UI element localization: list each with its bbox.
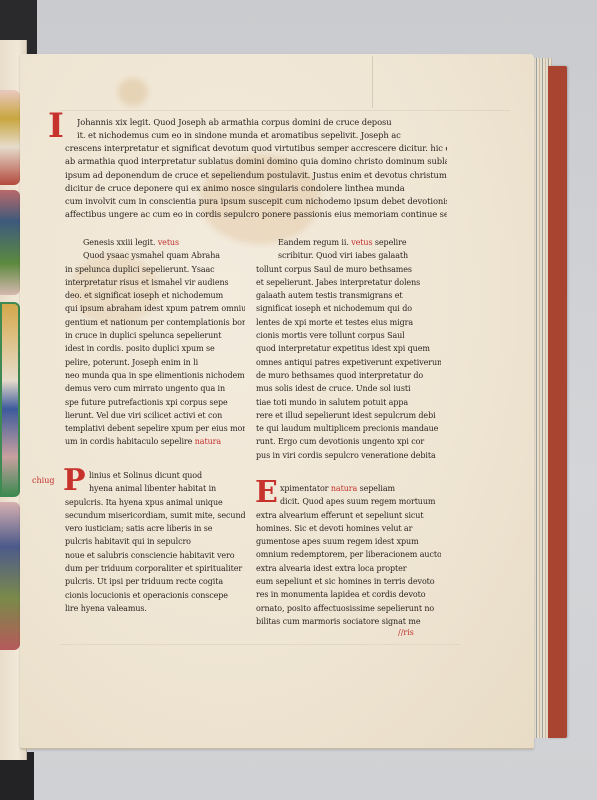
text-line: noue et salubris consciencie habitavit v…: [65, 549, 245, 562]
rubric-label: natura: [331, 484, 357, 493]
text-line: runt. Ergo cum devotionis ungento xpi co…: [256, 435, 441, 448]
text-line: et sepelierunt. Jabes interpretatur dole…: [256, 276, 441, 289]
text-line: tollunt corpus Saul de muro bethsames: [256, 263, 441, 276]
full-width-text-block: Johannis xix legit. Quod Joseph ab armat…: [77, 116, 447, 143]
right-column-heading: Eandem regum ii. vetus sepelire: [256, 236, 441, 249]
text-line: deo. et significat ioseph et nichodemum: [65, 289, 245, 302]
text-line: cionis mortis vere tollunt corpus Saul: [256, 329, 441, 342]
margin-note: chiug: [32, 476, 54, 485]
text-line: dum per triduum corporaliter et spiritua…: [65, 562, 245, 575]
rubric-label: vetus: [351, 238, 372, 247]
miniature-saint-2: [0, 190, 20, 295]
rubric-label: vetus: [158, 238, 179, 247]
text-line: extra alvearia idest extra loca propter: [256, 562, 441, 575]
text-line: idest in cordis. posito duplici xpum se: [65, 342, 245, 355]
text-line: spe future putrefactionis xpi corpus sep…: [65, 396, 245, 409]
text-line: galaath autem testis transmigrans et: [256, 289, 441, 302]
text-line: it. et nichodemus cum eo in sindone mund…: [77, 129, 447, 142]
ruling-line-bottom: [60, 644, 460, 645]
rubric-label: natura: [195, 437, 221, 446]
text-line: templativi debent sepelire xpum per eius…: [65, 422, 245, 435]
text-line: lentes de xpi morte et testes eius migra: [256, 316, 441, 329]
text-line: extra alvearium efferunt et sepeliunt si…: [256, 509, 441, 522]
full-width-text-block-cont: crescens interpretatur et significat dev…: [65, 142, 447, 222]
text-line: quod interpretatur expetitus idest xpi q…: [256, 342, 441, 355]
right-column: Eandem regum ii. vetus sepelire scribitu…: [256, 236, 441, 462]
text-line: homines. Sic et devoti homines velut ar: [256, 522, 441, 535]
text-line: res in monumenta lapidea et cordis devot…: [256, 588, 441, 601]
text-line: in spelunca duplici sepelierunt. Ysaac: [65, 263, 245, 276]
text-line: sepulcris. Ita hyena xpus animal unique: [65, 496, 245, 509]
text-line: mus solis idest de cruce. Unde sol iusti: [256, 382, 441, 395]
text-line: pelire, poterunt. Joseph enim in li: [65, 356, 245, 369]
left-column-heading: Genesis xxiii legit. vetus: [65, 236, 245, 249]
miniature-scene-3: [0, 302, 20, 497]
text-line: tiae toti mundo in salutem potuit appa: [256, 396, 441, 409]
text-line: gentium et nationum per contemplationis …: [65, 316, 245, 329]
red-binding-cover: [548, 66, 567, 738]
text-line: interpretatur risus et ismahel vir audie…: [65, 276, 245, 289]
text-line: dicitur de cruce deponere qui ex animo n…: [65, 182, 447, 195]
text-line: te qui laudum multiplicem precionis mand…: [256, 422, 441, 435]
text-line: dicit. Quod apes suum regem mortuum: [256, 495, 441, 508]
left-column-section-2: linius et Solinus dicunt quod hyena anim…: [65, 469, 245, 615]
text-line-with-rubric: um in cordis habitaculo sepelire natura: [65, 435, 245, 448]
text-line: demus vero cum mirrato ungento qua in: [65, 382, 245, 395]
text-line: Johannis xix legit. Quod Joseph ab armat…: [77, 116, 447, 129]
text-line: pus in viri cordis sepulcro veneratione …: [256, 449, 441, 462]
text-line: qui ipsum abraham idest xpum patrem omni…: [65, 302, 245, 315]
text-line: affectibus ungere ac cum eo in cordis se…: [65, 208, 447, 221]
text-line: bilitas cum marmoris sociatore signat me: [256, 615, 441, 628]
text-line: lire hyena valeamus.: [65, 602, 245, 615]
text-line: pulcris. Ut ipsi per triduum recte cogit…: [65, 575, 245, 588]
text-line: ipsum ad deponendum de cruce et sepelien…: [65, 169, 447, 182]
text-line: scribitur. Quod viri iabes galaath: [256, 249, 441, 262]
left-page-miniatures: [0, 90, 20, 650]
right-column-section-2: xpimentator natura sepeliam dicit. Quod …: [256, 482, 441, 628]
text-line: de muro bethsames quod interpretatur do: [256, 369, 441, 382]
text-line: ab armathia quod interpretatur sublatus …: [65, 155, 447, 168]
text-line: gumentose apes suum regem idest xpum: [256, 535, 441, 548]
text-line: hyena animal libenter habitat in: [65, 482, 245, 495]
text-line: secundum misericordiam, sumit mite, secu…: [65, 509, 245, 522]
text-line: omnes antiqui patres expetiverunt expeti…: [256, 356, 441, 369]
text-line: crescens interpretatur et significat dev…: [65, 142, 447, 155]
red-initial-I: I: [48, 109, 64, 143]
text-line: neo munda qua in spe elimentionis nichod…: [65, 369, 245, 382]
text-line: pulcris habitavit qui in sepulcro: [65, 535, 245, 548]
text-line: linius et Solinus dicunt quod: [65, 469, 245, 482]
text-line: cum involvit cum in conscientia pura ips…: [65, 195, 447, 208]
catchword: //ris: [398, 628, 414, 637]
miniature-saint-4: [0, 502, 20, 650]
text-line: lierunt. Vel due viri scilicet activi et…: [65, 409, 245, 422]
text-line: omnium redemptorem, per liberacionem auc…: [256, 548, 441, 561]
water-stain: [118, 78, 148, 106]
miniature-saint-1: [0, 90, 20, 185]
right-column-heading-2: xpimentator natura sepeliam: [256, 482, 441, 495]
ruling-line-vertical: [372, 56, 373, 108]
text-line: ornato, posito affectuosissime sepelieru…: [256, 602, 441, 615]
ruling-line-horizontal: [60, 110, 510, 111]
text-line: Quod ysaac ysmahel quam Abraha: [65, 249, 245, 262]
text-line: eum sepeliunt et sic homines in terris d…: [256, 575, 441, 588]
text-line: in cruce in duplici spelunca sepelierunt: [65, 329, 245, 342]
left-column: Genesis xxiii legit. vetus Quod ysaac ys…: [65, 236, 245, 449]
text-line: significat ioseph et nichodemum qui do: [256, 302, 441, 315]
text-line: rere et illud sepelierunt idest sepulcru…: [256, 409, 441, 422]
text-line: vero iusticiam; satis acre liberis in se: [65, 522, 245, 535]
text-line: cionis locucionis et operacionis conscep…: [65, 589, 245, 602]
